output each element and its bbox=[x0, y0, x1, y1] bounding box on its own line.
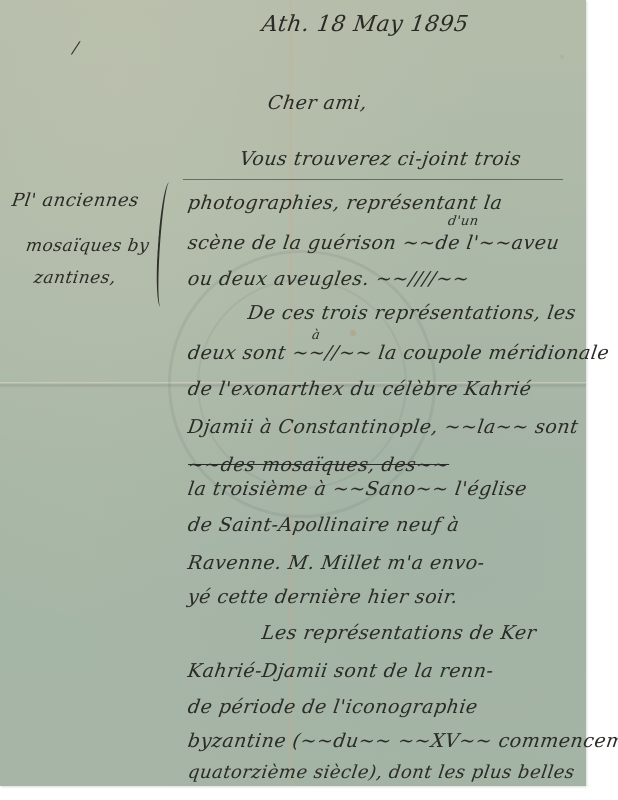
body-line: ou deux aveugles. ~~////~~ bbox=[186, 268, 470, 290]
body-line: Les représentations de Ker bbox=[260, 622, 537, 644]
body-line: yé cette dernière hier soir. bbox=[186, 586, 459, 608]
margin-note-line: Pl' anciennes bbox=[11, 190, 141, 211]
body-line: Kahrié-Djamii sont de la renn- bbox=[186, 660, 495, 682]
body-line: la troisième à ~~Sano~~ l'église bbox=[186, 478, 528, 500]
body-line: byzantine (~~du~~ ~~XV~~ commencement du bbox=[186, 730, 618, 752]
letter-page: / Ath. 18 May 1895 Cher ami, Pl' ancienn… bbox=[0, 0, 586, 786]
stain bbox=[560, 55, 564, 59]
body-line: De ces trois représentations, les bbox=[246, 302, 577, 324]
body-line: deux sont ~~//~~ la coupole méridionale bbox=[186, 342, 610, 364]
body-line: Vous trouverez ci-joint trois bbox=[238, 148, 522, 170]
margin-rule bbox=[183, 179, 563, 180]
body-line-struck: ~~des mosaïques, des~~ bbox=[186, 454, 450, 476]
body-line: de l'exonarthex du célèbre Kahrié bbox=[186, 378, 533, 400]
margin-bracket bbox=[154, 182, 177, 308]
body-line: Djamii à Constantinople, ~~la~~ sont bbox=[186, 416, 579, 438]
body-line: photographies, représentant la bbox=[186, 192, 503, 214]
margin-note-line: zantines, bbox=[33, 268, 118, 288]
body-line: quatorzième siècle), dont les plus belle… bbox=[187, 762, 577, 783]
body-line: scène de la guérison ~~de l'~~aveu bbox=[186, 232, 560, 254]
page-mark: / bbox=[72, 38, 81, 57]
body-line: Ravenne. M. Millet m'a envo- bbox=[186, 552, 486, 574]
margin-note-line: mosaïques by bbox=[25, 236, 151, 256]
body-superscript: d'un bbox=[447, 214, 480, 229]
body-line: de Saint-Apollinaire neuf à bbox=[186, 514, 460, 536]
dateline: Ath. 18 May 1895 bbox=[260, 12, 470, 37]
stain bbox=[350, 330, 356, 336]
salutation: Cher ami, bbox=[266, 92, 368, 114]
body-line: de période de l'iconographie bbox=[186, 696, 479, 718]
